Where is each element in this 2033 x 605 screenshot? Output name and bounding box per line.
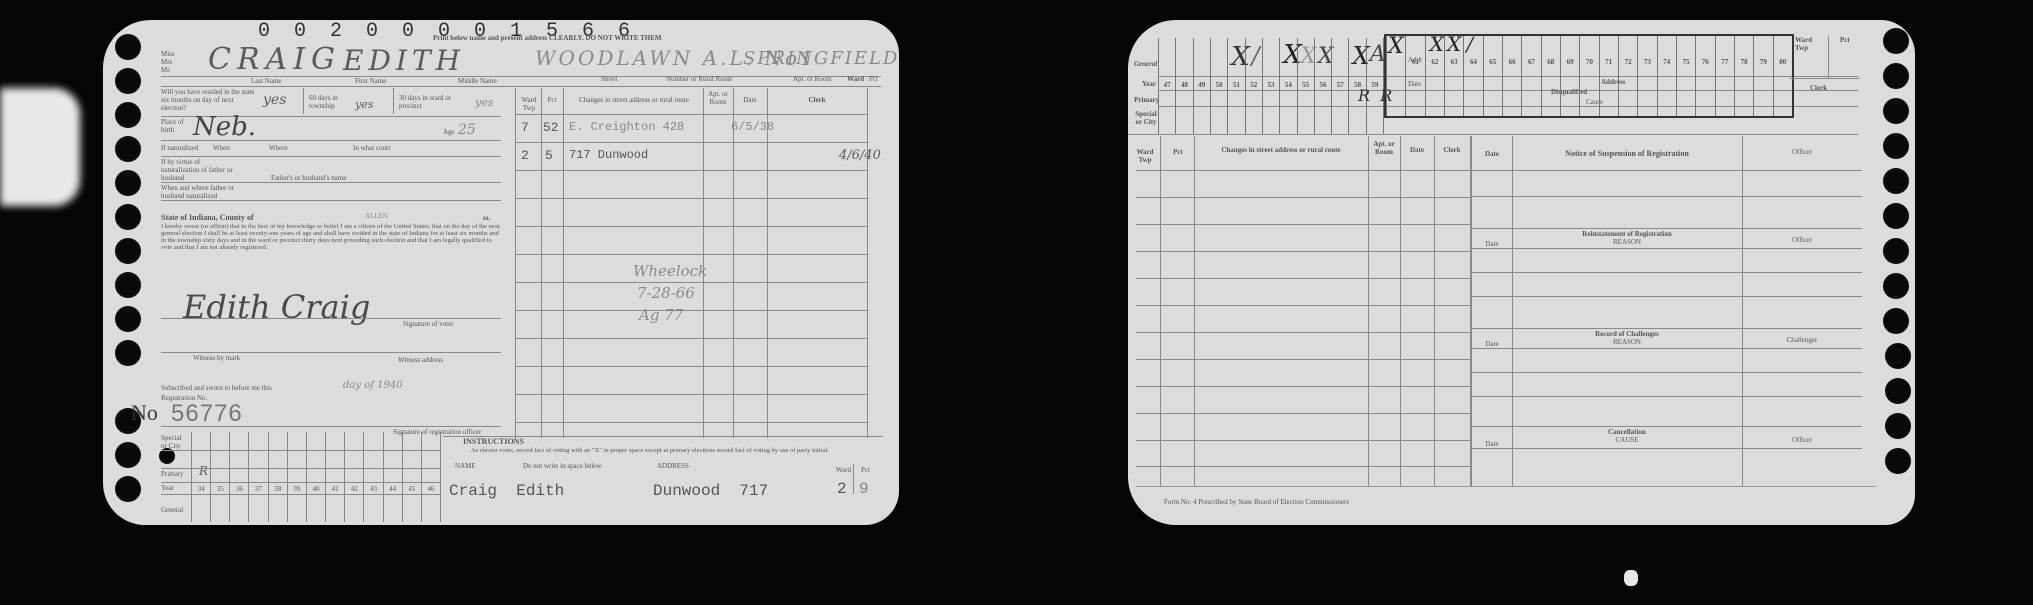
- residence-question: Will you have resided in the state six m…: [161, 88, 256, 112]
- row-line: [515, 422, 867, 423]
- father-name-label: Father's or husband's name: [271, 174, 346, 182]
- divider: [1472, 396, 1862, 397]
- col-apt: Apt. or Room: [1368, 140, 1400, 156]
- row-line: [515, 366, 867, 367]
- number-label: Number or Rural Route: [666, 75, 732, 83]
- oath-ss: ss.: [483, 214, 490, 222]
- divider: [1472, 170, 1862, 171]
- street-label: Street: [601, 75, 617, 83]
- divider: [1472, 372, 1862, 373]
- row-label-primary: Primary: [1134, 96, 1159, 104]
- punch-hole: [1883, 273, 1909, 299]
- when-where-label: When and where father or husband natural…: [161, 184, 256, 200]
- divider: [161, 182, 501, 183]
- footer-address-label: ADDRESS: [657, 462, 689, 470]
- divider: [1472, 272, 1862, 273]
- row-label-year: Year: [1142, 80, 1156, 88]
- voter-signature: Edith Craig: [183, 288, 370, 326]
- reinstatement-date-header: Date: [1472, 240, 1512, 248]
- suspension-officer-header: Officer: [1742, 148, 1862, 156]
- punch-hole: [1883, 168, 1909, 194]
- oath-heading: State of Indiana, County of: [161, 214, 254, 222]
- year-cell: 54: [1280, 81, 1296, 89]
- row-line: [515, 170, 867, 171]
- divider: [1472, 328, 1862, 329]
- year-cell: 66: [1503, 58, 1521, 66]
- row-label-general: General: [1134, 60, 1157, 68]
- divider: [161, 86, 881, 87]
- pct-label: Pct: [1840, 36, 1850, 44]
- punch-hole: [115, 102, 141, 128]
- naturalized-label: If naturalized: [161, 144, 199, 152]
- year-cell: 56: [1315, 81, 1331, 89]
- year-cell: 41: [326, 485, 344, 493]
- col-address-changes: Changes in street address or rural route: [565, 96, 703, 104]
- table-border: [1194, 136, 1195, 486]
- cell-date: 6/5/38: [731, 120, 774, 134]
- instructions-text: As elector votes, record fact of voting …: [471, 447, 871, 454]
- footer-do-not-write-label: Do not write in space below: [523, 462, 602, 470]
- naturalized-court-label: In what court: [353, 144, 390, 152]
- punch-hole: [1883, 308, 1909, 334]
- row-line: [515, 282, 867, 283]
- col-date: Date: [733, 96, 767, 104]
- punch-hole: [115, 238, 141, 264]
- cell-pct: 5: [545, 148, 553, 163]
- apt-label: Apt. or Room: [793, 75, 832, 83]
- divider: [161, 200, 501, 201]
- table-border: [541, 88, 542, 438]
- year-columns: X 61 62X 63X 64/ 65 66 67 68 69 70 71 72…: [1386, 36, 1792, 116]
- age-value: 25: [458, 122, 476, 138]
- divider: [1472, 228, 1862, 229]
- last-name-value: CRAIG: [208, 42, 341, 77]
- year-cell: 36: [230, 485, 248, 493]
- vote-mark-x: X: [1430, 32, 1444, 56]
- scan-artifact: [1624, 570, 1638, 586]
- divider: [161, 140, 501, 141]
- witness-label: Witness by mark: [193, 354, 240, 362]
- divider: [1472, 448, 1862, 449]
- divider: [161, 318, 501, 319]
- status-sections: Date Notice of Suspension of Registratio…: [1472, 136, 1872, 486]
- punch-hole: [1885, 343, 1911, 369]
- overexposed-card-edge: [0, 88, 80, 206]
- year-cell: 35: [211, 485, 229, 493]
- divider: [161, 426, 501, 427]
- punch-hole: [1885, 378, 1911, 404]
- punch-hole: [115, 476, 141, 502]
- punch-hole: [1883, 28, 1909, 54]
- year-cell: 38: [269, 485, 287, 493]
- footer-address-value: Dunwood 717: [653, 482, 768, 500]
- col-clerk: Clerk: [1434, 146, 1470, 154]
- row-line: [1136, 197, 1470, 198]
- voting-record-grid: Special or City Primary R Year General 3…: [161, 432, 441, 522]
- reinstatement-title: Reinstatement of Registration: [1512, 230, 1742, 238]
- year-cell: 61: [1406, 58, 1424, 66]
- year-cell: 74: [1658, 58, 1676, 66]
- col-ward-twp: Ward Twp: [1130, 148, 1160, 164]
- year-cell: 79: [1754, 58, 1772, 66]
- year-cell: 42: [345, 485, 363, 493]
- col-pct: Pct: [1162, 148, 1194, 156]
- year-cell: 37: [249, 485, 267, 493]
- row-line: [515, 254, 867, 255]
- year-cell: 43: [364, 485, 382, 493]
- middle-name-label: Middle Name: [458, 77, 497, 85]
- footer-name-label: NAME: [455, 462, 476, 470]
- divider: [1790, 78, 1860, 79]
- row-label-special: Special or City: [161, 434, 189, 450]
- row-line: [1136, 305, 1470, 306]
- challenges-date-header: Date: [1472, 340, 1512, 348]
- reinstatement-officer-header: Officer: [1742, 236, 1862, 244]
- table-border: [733, 88, 734, 438]
- grid-line: [1128, 134, 1858, 135]
- divider: [1828, 36, 1829, 78]
- oath-text: I hereby swear (or affirm) that to the b…: [161, 223, 501, 251]
- residence-answer: yes: [263, 92, 286, 108]
- punch-hole: [1883, 98, 1909, 124]
- suspension-title: Notice of Suspension of Registration: [1512, 150, 1742, 158]
- year-cell: 39: [288, 485, 306, 493]
- reinstatement-reason-header: REASON: [1512, 238, 1742, 246]
- punch-hole: [115, 272, 141, 298]
- footer-pct-value: 9: [859, 480, 869, 498]
- form-footer-text: Form No. 4 Prescribed by State Board of …: [1164, 498, 1349, 506]
- subscribed-label: Subscribed and sworn to before me this: [161, 384, 272, 392]
- punch-hole: [115, 170, 141, 196]
- challenges-title: Record of Challenges: [1512, 330, 1742, 338]
- county-value: ALLEN: [365, 212, 388, 220]
- title-prefix: MissMrsMr.: [161, 50, 183, 74]
- year-cell: 57: [1332, 81, 1348, 89]
- challenges-challenger-header: Challenger: [1742, 336, 1862, 344]
- year-cell: 78: [1735, 58, 1753, 66]
- year-cell: 68: [1542, 58, 1560, 66]
- cell-address-note: Ag 77: [639, 306, 683, 324]
- punch-hole: [1885, 448, 1911, 474]
- divider: [161, 352, 501, 353]
- table-border: [1434, 136, 1435, 486]
- row-line: [515, 310, 867, 311]
- number-prefix: No: [131, 400, 158, 426]
- row-line: [1136, 332, 1470, 333]
- year-cell: 48: [1176, 81, 1192, 89]
- cancellation-officer-header: Officer: [1742, 436, 1862, 444]
- col-ward-twp: Ward Twp: [517, 96, 541, 112]
- ward-twp-label: Ward Twp: [1795, 36, 1823, 52]
- footer-ward-value: 2: [837, 480, 847, 498]
- table-border: [515, 88, 516, 438]
- vote-mark-x: X: [1447, 32, 1461, 56]
- col-address-changes: Changes in street address or rural route: [1196, 146, 1366, 154]
- cell-address: E. Creighton 428: [569, 120, 684, 134]
- place-of-birth-value: Neb.: [193, 112, 256, 142]
- township-label: 60 days in township: [309, 94, 359, 110]
- col-apt: Apt. or Room: [703, 90, 733, 106]
- year-cell: 64: [1464, 58, 1482, 66]
- year-cell: 65: [1484, 58, 1502, 66]
- year-cell: 80: [1774, 58, 1792, 66]
- punch-hole: [115, 68, 141, 94]
- father-naturalization-label: If by virtue of naturalization of father…: [161, 158, 239, 182]
- row-line: [515, 394, 867, 395]
- table-border: [1160, 136, 1161, 486]
- subscribed-date: day of 1940: [343, 380, 403, 391]
- cell-ward: 2: [521, 148, 529, 163]
- row-label-special: Special or City: [1132, 110, 1160, 126]
- divider: [853, 464, 854, 494]
- ward-residence-answer: yes: [475, 96, 493, 109]
- table-border: [563, 88, 564, 438]
- row-line: [1136, 278, 1470, 279]
- punch-hole: [1883, 238, 1909, 264]
- punch-hole: [115, 204, 141, 230]
- vote-mark-x: X: [1388, 34, 1404, 59]
- year-cell: 40: [307, 485, 325, 493]
- year-grid-left: 47 48 49 50 51X 52/ 53 54X 55X 56X 57 58…: [1158, 38, 1384, 134]
- cell-address-note: Wheelock: [633, 262, 707, 280]
- last-name-label: Last Name: [251, 77, 282, 85]
- divider: [303, 88, 304, 114]
- year-cell: 53: [1263, 81, 1279, 89]
- year-cell: 67: [1522, 58, 1540, 66]
- divider: [393, 88, 394, 114]
- year-cell: 77: [1716, 58, 1734, 66]
- punch-hole: [115, 136, 141, 162]
- row-line: [515, 338, 867, 339]
- row-line: [1136, 224, 1470, 225]
- row-line: [515, 142, 867, 143]
- table-border: [1400, 136, 1401, 486]
- clerk-label: Clerk: [1810, 84, 1827, 92]
- table-border: [1368, 136, 1369, 486]
- footer-name-value: Craig Edith: [449, 482, 564, 500]
- year-cell: 50: [1211, 81, 1227, 89]
- year-grid-right: Addr Date Address Disqualified Cause X 6…: [1384, 34, 1794, 118]
- first-name-label: First Name: [355, 77, 386, 85]
- naturalized-where-label: Where: [269, 144, 288, 152]
- cell-address: 717 Dunwood: [569, 148, 648, 162]
- punch-hole: [1883, 63, 1909, 89]
- cell-ward: 7: [521, 120, 529, 135]
- punch-hole: [1885, 413, 1911, 439]
- row-line: [1136, 466, 1470, 467]
- footer-pct-label: Pct: [861, 466, 870, 474]
- row-line: [1136, 440, 1470, 441]
- year-cell: 76: [1696, 58, 1714, 66]
- row-line: [1136, 386, 1470, 387]
- footer-ward-label: Ward: [836, 466, 851, 474]
- divider: [1472, 296, 1862, 297]
- table-border: [867, 88, 868, 438]
- divider: [1472, 348, 1862, 349]
- year-cell: 45: [403, 485, 421, 493]
- col-pct: Pct: [541, 96, 563, 104]
- vote-mark-slash: /: [1466, 32, 1473, 56]
- cell-pct: 52: [543, 120, 559, 135]
- table-border: [767, 88, 768, 438]
- year-cell: 69: [1561, 58, 1579, 66]
- year-cell: 71: [1600, 58, 1618, 66]
- vote-mark-slash: /: [1252, 42, 1260, 70]
- punch-hole: [1883, 133, 1909, 159]
- header-instruction: Print below name and present address CLE…: [433, 34, 662, 42]
- year-cell: 72: [1619, 58, 1637, 66]
- punch-hole: [115, 442, 141, 468]
- year-cell: 52: [1246, 81, 1262, 89]
- year-cell: 63: [1445, 58, 1463, 66]
- punch-hole: [115, 34, 141, 60]
- instructions-heading: INSTRUCTIONS: [463, 438, 524, 446]
- row-line: [515, 226, 867, 227]
- punch-hole: [115, 306, 141, 332]
- year-cell: 49: [1194, 81, 1210, 89]
- row-line: [515, 114, 867, 115]
- age-label: Age: [443, 128, 455, 136]
- naturalized-when-label: When: [213, 144, 230, 152]
- divider: [161, 156, 501, 157]
- place-of-birth-label: Place of birth: [161, 118, 187, 134]
- suspension-date-header: Date: [1472, 150, 1512, 158]
- row-label-year: Year: [161, 484, 174, 492]
- year-cell: 73: [1638, 58, 1656, 66]
- punch-hole: [1883, 203, 1909, 229]
- year-cell: 62: [1426, 58, 1444, 66]
- cancellation-title: Cancellation: [1512, 428, 1742, 436]
- year-cell: 44: [384, 485, 402, 493]
- row-line: [1136, 486, 1876, 487]
- row-line: [1136, 251, 1470, 252]
- signature-label: Signature of voter: [403, 320, 454, 328]
- col-date: Date: [1400, 146, 1434, 154]
- city-value: SPRINGFIELD: [743, 48, 899, 69]
- row-label-general: General: [161, 506, 183, 514]
- row-line: [515, 198, 867, 199]
- year-cell: 34: [192, 485, 210, 493]
- pct-label: Pct: [869, 75, 878, 83]
- cancellation-date-header: Date: [1472, 440, 1512, 448]
- witness-address-label: Witness address: [398, 356, 443, 364]
- voter-registration-card-front: 0 0 2 0 0 0 0 1 5 6 6 Print below name a…: [103, 20, 899, 525]
- row-line: [1136, 170, 1470, 171]
- divider: [1472, 426, 1862, 427]
- year-cell: 75: [1677, 58, 1695, 66]
- row-line: [1136, 359, 1470, 360]
- divider: [1472, 196, 1862, 197]
- voter-registration-card-back: General Year Primary Special or City 47 …: [1128, 20, 1915, 525]
- first-name-value: EDITH: [343, 44, 465, 77]
- punch-hole: [115, 340, 141, 366]
- year-cell: 47: [1159, 81, 1175, 89]
- registration-number: 56776: [171, 400, 243, 428]
- challenges-reason-header: REASON: [1512, 338, 1742, 346]
- year-columns: 34 35 36 37 38 39 40 41 42 43 44 45 46: [191, 432, 441, 522]
- year-cell: 46: [422, 485, 440, 493]
- cancellation-cause-header: CAUSE: [1512, 436, 1742, 444]
- year-cell: 55: [1298, 81, 1314, 89]
- cell-address-note: 7-28-66: [637, 284, 695, 302]
- year-cell: 51: [1228, 81, 1244, 89]
- divider: [1472, 248, 1862, 249]
- row-line: [1136, 413, 1470, 414]
- row-label-primary: Primary: [161, 470, 184, 478]
- township-answer: yes: [355, 98, 373, 111]
- cell-date: 4/6/40: [839, 148, 881, 163]
- ward-label: Ward: [847, 75, 864, 83]
- divider: [1742, 136, 1743, 486]
- ward-residence-label: 30 days in ward or precinct: [399, 94, 469, 110]
- col-clerk: Clerk: [767, 96, 867, 104]
- year-cell: 70: [1580, 58, 1598, 66]
